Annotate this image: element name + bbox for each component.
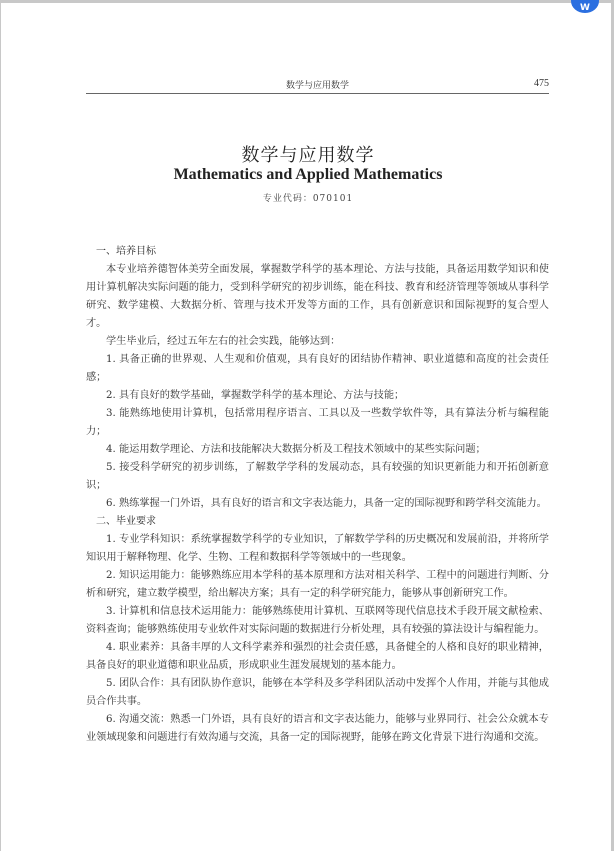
section-heading-requirements: 二、毕业要求 — [86, 513, 549, 531]
document-page: W 数学与应用数学 475 数学与应用数学 Mathematics and Ap… — [1, 3, 611, 851]
list-item: 5. 接受科学研究的初步训练，了解数学学科的发展动态，具有较强的知识更新能力和开… — [86, 459, 549, 495]
list-item: 5. 团队合作：具有团队协作意识，能够在本学科及多学科团队活动中发挥个人作用，并… — [86, 675, 549, 711]
badge-label: W — [580, 3, 590, 13]
page-number: 475 — [534, 78, 549, 89]
major-code: 专业代码：070101 — [1, 191, 614, 204]
list-item: 3. 计算机和信息技术运用能力：能够熟练使用计算机、互联网等现代信息技术手段开展… — [86, 603, 549, 639]
running-header-title: 数学与应用数学 — [86, 78, 549, 91]
page-title-chinese: 数学与应用数学 — [1, 141, 614, 167]
word-app-icon[interactable]: W — [571, 0, 599, 13]
paragraph: 本专业培养德智体美劳全面发展，掌握数学科学的基本理论、方法与技能，具备运用数学知… — [86, 261, 549, 333]
list-item: 6. 熟练掌握一门外语，具有良好的语言和文字表达能力，具备一定的国际视野和跨学科… — [86, 495, 549, 513]
list-item: 3. 能熟练地使用计算机，包括常用程序语言、工具以及一些数学软件等，具有算法分析… — [86, 405, 549, 441]
page-title-english: Mathematics and Applied Mathematics — [1, 166, 614, 184]
list-item: 2. 知识运用能力：能够熟练应用本学科的基本原理和方法对相关科学、工程中的问题进… — [86, 567, 549, 603]
paragraph: 学生毕业后，经过五年左右的社会实践，能够达到： — [86, 333, 549, 351]
document-body: 一、培养目标 本专业培养德智体美劳全面发展，掌握数学科学的基本理论、方法与技能，… — [86, 243, 549, 747]
running-header: 数学与应用数学 475 — [86, 77, 549, 94]
list-item: 4. 能运用数学理论、方法和技能解决大数据分析及工程技术领域中的某些实际问题； — [86, 441, 549, 459]
list-item: 6. 沟通交流：熟悉一门外语，具有良好的语言和文字表达能力，能够与业界同行、社会… — [86, 711, 549, 747]
list-item: 1. 专业学科知识：系统掌握数学科学的专业知识，了解数学学科的历史概况和发展前沿… — [86, 531, 549, 567]
list-item: 2. 具有良好的数学基础，掌握数学科学的基本理论、方法与技能； — [86, 387, 549, 405]
list-item: 1. 具备正确的世界观、人生观和价值观，具有良好的团结协作精神、职业道德和高度的… — [86, 351, 549, 387]
section-heading-objectives: 一、培养目标 — [86, 243, 549, 261]
list-item: 4. 职业素养：具备丰厚的人文科学素养和强烈的社会责任感，具备健全的人格和良好的… — [86, 639, 549, 675]
